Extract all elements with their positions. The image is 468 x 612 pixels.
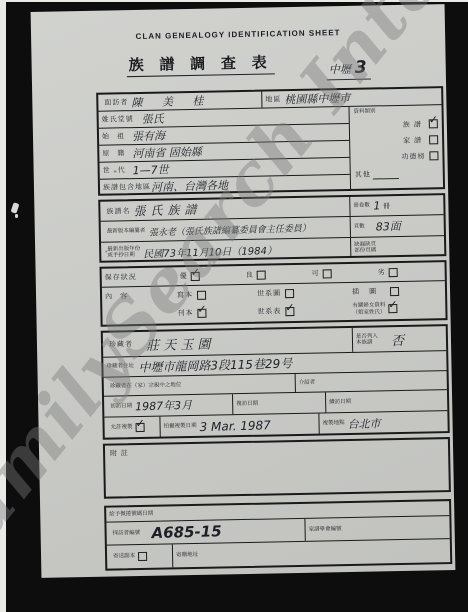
sheet-number: 3 (355, 58, 367, 78)
film-date-label: 給予微捲號碼日期 (109, 511, 153, 518)
sheet-title-en: CLAN GENEALOGY IDENTIFICATION SHEET (136, 28, 341, 41)
printed-checkbox: ✓ (197, 308, 206, 317)
origin-label: 原籍 (102, 148, 132, 159)
editor-label: 最新版本編纂者 (107, 228, 146, 235)
category-jiapu-checkbox (429, 135, 438, 144)
volumes-unit: 冊 (383, 201, 391, 211)
area-label: 地區 (265, 94, 281, 104)
interviewer-value: 陳 美 桂 (131, 92, 211, 110)
field-society-no: 家譜學會編號 (305, 516, 446, 541)
collector-position-label: 珍藏者在（家）宗親中之地位 (110, 382, 182, 390)
collector-name-label: 珍藏者 (109, 339, 133, 349)
included-value: 否 (391, 329, 405, 348)
surname-hall-value: 張氏 (141, 110, 163, 127)
women-data-note: （娘家姓氏） (352, 309, 385, 316)
field-copy-place: 複製地點 台北市 (319, 411, 444, 434)
location-note: 中壢 (329, 63, 351, 76)
interviewer-label: 面訪者 (104, 97, 128, 107)
book-info-box: 族譜名 張氏族譜 冊卷數 1 冊 最新版本編纂者 張永老（張氏族譜編纂委員會主任… (98, 193, 446, 263)
field-coverage: 族譜包含地區 河南、台灣各地 (100, 175, 350, 196)
pedigree-chart-checkbox (285, 289, 294, 298)
first-visit-label: 初訪日期 (110, 403, 132, 410)
volumes-value: 1 (373, 199, 380, 212)
condition-box: 保存狀況 優 ✓ 良 可 劣 內容 (100, 260, 448, 327)
collector-box: 珍藏者 莊 天 玉 園 是否列入 本族譜 否 珍藏者住址 中壢市龍岡路3段115… (101, 324, 450, 440)
follow-visit-label: 續訪日期 (329, 399, 351, 406)
origin-value: 河南省 固始縣 (132, 143, 202, 161)
condition-excellent-checkbox: ✓ (191, 271, 200, 280)
coverage-value: 河南、台灣各地 (151, 177, 228, 195)
field-copy-sent: 寄送副本 (110, 544, 172, 568)
pub-date-label-line2: 或手抄日期 (107, 252, 140, 259)
condition-fair-checkbox (323, 269, 332, 278)
introducer-label: 介紹者 (299, 379, 316, 386)
admin-box: 給予微捲號碼日期 採訪者編號 A685-15 家譜學會編號 寄送副本 (104, 499, 452, 571)
content-pedigree-chart: 世系圖 (257, 287, 352, 299)
coverage-label: 族譜包含地區 (103, 182, 151, 193)
content-printed: 刊本 ✓ (177, 307, 257, 319)
book-title-value: 張氏族譜 (133, 200, 201, 219)
send-address-label: 寄贈地址 (176, 552, 198, 559)
copy-sent-label: 寄送副本 (113, 553, 135, 560)
copy-place-value: 台北市 (347, 415, 380, 432)
condition-label: 保存狀況 (105, 271, 177, 282)
field-included-in-library: 是否列入 本族譜 否 (353, 326, 443, 352)
first-ancestor-label: 始祖 (102, 131, 132, 142)
category-item-label: 家譜 (403, 135, 425, 145)
copy-permit-checkbox: ✓ (136, 423, 145, 432)
pages-value: 83面 (376, 218, 401, 235)
women-data-checkbox: ✓ (388, 304, 397, 313)
condition-poor-checkbox (389, 268, 398, 277)
first-ancestor-value: 張有海 (132, 127, 165, 144)
collector-address-value: 中壢市龍岡路3段115巷29号 (138, 354, 292, 375)
area-value: 桃園縣中壢市 (284, 90, 350, 108)
revisit-label: 複訪日期 (236, 400, 258, 407)
content-illustrations: 插圖 (352, 285, 442, 297)
copy-permit-label: 允許複製 (111, 424, 133, 431)
copy-place-label: 複製地點 (323, 420, 345, 427)
field-pub-date: 最新出版年份 或手抄日期 民國73年11月10日（1984） (104, 238, 350, 263)
field-introducer: 介紹者 (296, 371, 444, 392)
condition-opt-poor: 劣 (374, 262, 440, 281)
volumes-label: 冊卷數 (353, 203, 370, 210)
microfilm-scan: CLAN GENEALOGY IDENTIFICATION SHEET 族 譜 … (0, 0, 468, 612)
notes-label: 附 註 (110, 448, 129, 458)
editor-value: 張永老（張氏族譜編纂委員會主任委員） (148, 220, 310, 238)
field-pages: 頁數 83面 (351, 215, 441, 237)
field-area: 地區 桃園縣中壢市 (262, 88, 438, 107)
field-follow-visit: 續訪日期 (326, 390, 444, 412)
missing-label-line2: 部份頁碼 (354, 247, 376, 254)
category-column: 資料類別 族譜 ✓ 家譜 功德榜 其他 (349, 105, 443, 191)
field-volumes: 冊卷數 1 冊 (350, 195, 440, 216)
illustrations-checkbox (390, 287, 399, 296)
book-title-label: 族譜名 (106, 206, 130, 216)
manuscript-checkbox (197, 290, 206, 299)
included-label-line2: 本族譜 (356, 339, 378, 346)
collector-name-value: 莊 天 玉 園 (146, 333, 211, 354)
copy-date-value: 3 Mar. 1987 (199, 418, 271, 434)
field-copy-date: 拍攝複製日期 3 Mar. 1987 (160, 414, 318, 438)
condition-opt-fair: 可 (309, 263, 375, 282)
generations-label: 世代 (103, 165, 133, 176)
pub-date-value: 民國73年11月10日（1984） (143, 241, 277, 260)
first-visit-value: 1987年3月 (135, 397, 192, 415)
condition-good-checkbox (257, 270, 266, 279)
content-women-data: 有關婦女資料 （娘家姓氏） ✓ (352, 301, 442, 316)
condition-opt-excellent: 優 ✓ (177, 266, 243, 285)
generations-value: 1—7世 (132, 161, 168, 178)
field-interviewer: 面訪者 陳 美 桂 (101, 92, 261, 111)
pages-label: 頁數 (354, 223, 365, 230)
film-artifact (15, 214, 18, 218)
field-send-address: 寄贈地址 (173, 539, 447, 567)
page-speck (105, 116, 107, 122)
category-zupu-checkbox: ✓ (429, 119, 438, 128)
category-item-label: 功德榜 (401, 151, 425, 161)
content-pedigree-table: 世系表 ✓ (257, 305, 352, 317)
notes-box: 附 註 (103, 437, 451, 499)
scanned-form-page: CLAN GENEALOGY IDENTIFICATION SHEET 族 譜 … (31, 4, 456, 578)
field-missing-pages: 缺漏缺頁 部份頁碼 (351, 236, 441, 258)
copy-sent-checkbox (138, 552, 147, 561)
pedigree-table-checkbox: ✓ (285, 307, 294, 316)
surveyor-no-value: A685-15 (151, 522, 222, 542)
content-manuscript: 寫本 (177, 289, 257, 301)
society-no-label: 家譜學會編號 (309, 526, 342, 533)
collector-address-label: 珍藏者住址 (106, 363, 134, 370)
category-other-label: 其他 (355, 169, 371, 179)
field-revisit: 複訪日期 (233, 392, 325, 414)
field-surveyor-no: 採訪者編號 A685-15 (109, 519, 304, 545)
field-first-visit: 初訪日期 1987年3月 (107, 394, 232, 416)
field-copy-permit: 允許複製 ✓ (107, 417, 159, 439)
category-item-label: 族譜 (403, 119, 425, 129)
category-label: 資料類別 (354, 107, 438, 115)
category-other-blank (373, 170, 399, 178)
page-speck (105, 251, 107, 253)
surveyor-no-label: 採訪者編號 (113, 530, 141, 537)
condition-opt-good: 良 (243, 265, 309, 284)
field-collector-name: 珍藏者 莊 天 玉 園 (106, 328, 352, 357)
page-speck (114, 170, 117, 172)
category-gongdebang-checkbox (429, 151, 438, 160)
copy-date-label: 拍攝複製日期 (164, 423, 197, 430)
content-label: 內容 (105, 290, 177, 301)
basic-info-box: 面訪者 陳 美 桂 地區 桃園縣中壢市 姓氏堂號 張氏 始祖 (96, 86, 445, 196)
form-title: 族 譜 調 查 表 (126, 51, 274, 77)
field-collector-position: 珍藏者在（家）宗親中之地位 (107, 374, 295, 396)
